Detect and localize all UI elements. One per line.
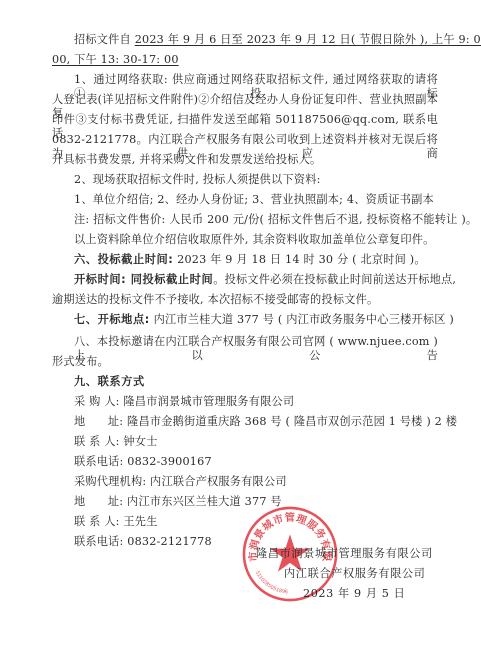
purchaser-contact-row: 联 系 人: 钟女士 xyxy=(74,435,438,449)
purchaser-address-row: 地 址: 隆昌市金鹅街道重庆路 368 号 ( 隆昌市双创示范园 1 号楼 ) … xyxy=(74,415,438,429)
agency-contact-label: 联 系 人: xyxy=(74,515,120,529)
item2-copy-note: 以上资料除单位介绍信收取原件外, 其余资料收取加盖单位公章复印件。 xyxy=(74,233,438,247)
intro-line-1: 招标文件自 2023 年 9 月 6 日至 2023 年 9 月 12 日( 节… xyxy=(74,33,438,47)
section-6-heading: 六、投标截止时间: xyxy=(74,253,173,266)
purchaser-label: 采 购 人: xyxy=(74,395,120,409)
seal-serial: 5110285051896 xyxy=(254,570,288,595)
agency-address-value: 内江市东兴区兰桂大道 377 号 xyxy=(123,495,282,508)
purchaser-phone-value: 0832-3900167 xyxy=(124,455,212,468)
opening-time-heading: 开标时间: 同投标截止时间 xyxy=(74,273,213,286)
agency-label: 采购代理机构: xyxy=(74,475,146,489)
section-7-text: 内江市兰桂大道 377 号 ( 内江市政务服务中心三楼开标区 ) xyxy=(150,313,454,326)
agency-phone-value: 0832-2121778 xyxy=(124,535,212,548)
agency-phone-label: 联系电话: xyxy=(74,535,124,549)
item2-price-note: 注: 招标文件售价: 人民币 200 元/份( 招标文件售后不退, 投标资格不能… xyxy=(74,213,438,227)
intro-line-2: 00, 下午 13: 30-17: 00 xyxy=(52,53,438,67)
intro-date-range: 2023 年 9 月 6 日至 2023 年 9 月 12 日( 节假日除外 )… xyxy=(135,33,481,46)
item2-materials-list: 1、单位介绍信; 2、经办人身份证; 3、营业执照副本; 4、资质证书副本 xyxy=(74,193,438,207)
purchaser-address-value: 隆昌市金鹅街道重庆路 368 号 ( 隆昌市双创示范园 1 号楼 ) 2 楼 xyxy=(123,415,457,428)
section-7-heading: 七、开标地点: xyxy=(74,313,150,326)
section-6-text: 2023 年 9 月 18 日 14 时 30 分 ( 北京时间 )。 xyxy=(173,253,425,266)
item1-line-5: 开具标书费发票, 并将采购文件和发票发送给投标人。 xyxy=(52,153,438,167)
section-8-line-2: 形式发布。 xyxy=(52,355,438,369)
signature-org-2: 内江联合产权服务有限公司 xyxy=(284,567,425,581)
opening-time-line-2: 逾期送达的投标文件不予接收, 本次招标不接受邮寄的投标文件。 xyxy=(52,293,438,307)
purchaser-value: 隆昌市润景城市管理服务有限公司 xyxy=(120,395,295,408)
agency-address-label: 地 址: xyxy=(74,495,123,509)
svg-text:5110285051896: 5110285051896 xyxy=(254,570,288,595)
item2-line-1: 2、现场获取招标文件时, 投标人须提供以下资料: xyxy=(74,173,438,187)
document-page: 招标文件自 2023 年 9 月 6 日至 2023 年 9 月 12 日( 节… xyxy=(0,0,481,658)
purchaser-row: 采 购 人: 隆昌市润景城市管理服务有限公司 xyxy=(74,395,438,409)
signature-org-1: 隆昌市润景城市管理服务有限公司 xyxy=(256,547,433,561)
agency-contact-row: 联 系 人: 王先生 xyxy=(74,515,438,529)
purchaser-phone-row: 联系电话: 0832-3900167 xyxy=(74,455,438,469)
agency-contact-value: 王先生 xyxy=(120,515,158,528)
section-7-location: 七、开标地点: 内江市兰桂大道 377 号 ( 内江市政务服务中心三楼开标区 ) xyxy=(74,313,438,327)
agency-address-row: 地 址: 内江市东兴区兰桂大道 377 号 xyxy=(74,495,438,509)
signature-date: 2023 年 9 月 5 日 xyxy=(303,587,405,601)
agency-row: 采购代理机构: 内江联合产权服务有限公司 xyxy=(74,475,438,489)
intro-time-range: 00, 下午 13: 30-17: 00 xyxy=(52,53,179,66)
purchaser-phone-label: 联系电话: xyxy=(74,455,124,469)
purchaser-contact-value: 钟女士 xyxy=(120,435,158,448)
purchaser-address-label: 地 址: xyxy=(74,415,123,429)
section-9-heading: 九、联系方式 xyxy=(74,375,438,389)
section-6-deadline: 六、投标截止时间: 2023 年 9 月 18 日 14 时 30 分 ( 北京… xyxy=(74,253,438,267)
agency-value: 内江联合产权服务有限公司 xyxy=(146,475,286,488)
opening-time-line-1: 开标时间: 同投标截止时间。投标文件必须在投标截止时间前送达开标地点, xyxy=(74,273,438,287)
intro-lead: 招标文件自 xyxy=(74,33,135,46)
purchaser-contact-label: 联 系 人: xyxy=(74,435,120,449)
opening-time-text: 。投标文件必须在投标截止时间前送达开标地点, xyxy=(213,273,456,286)
